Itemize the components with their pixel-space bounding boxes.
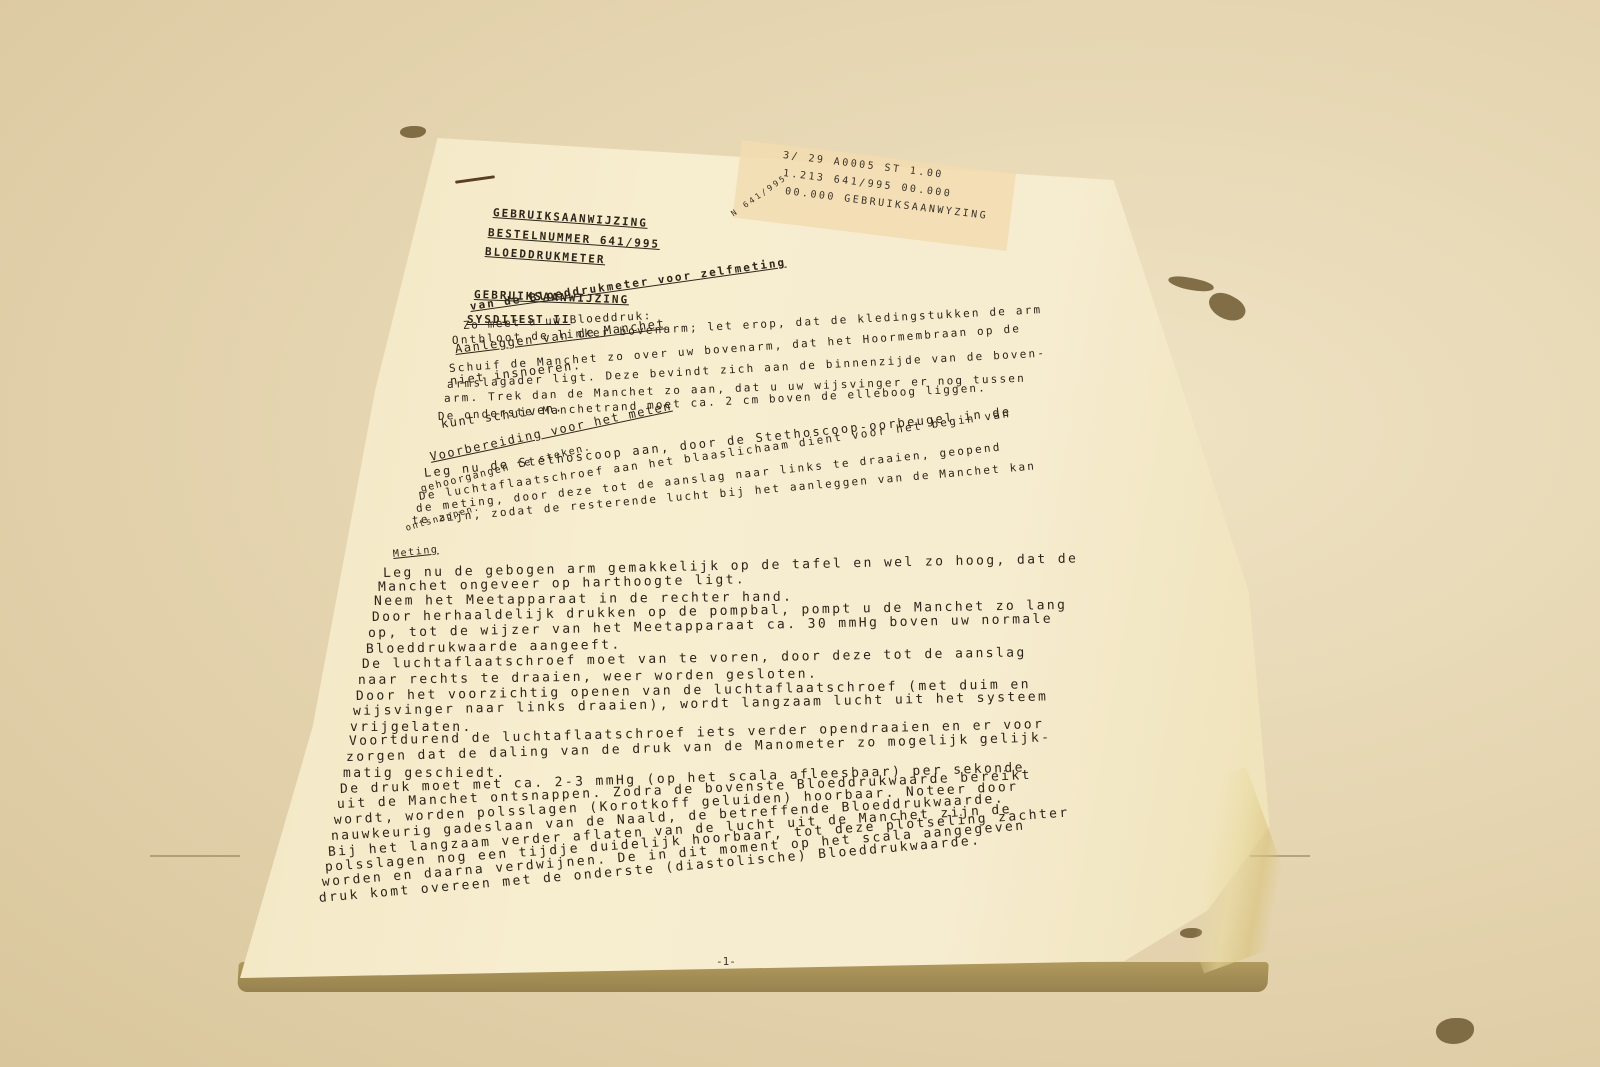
paper-curl <box>1143 767 1308 974</box>
table-stain <box>400 126 426 138</box>
table-stain <box>1205 287 1250 327</box>
page-number: -1- <box>716 955 736 968</box>
table-scratch <box>150 855 240 857</box>
table-stain <box>1436 1018 1474 1044</box>
table-stain <box>1167 273 1214 294</box>
